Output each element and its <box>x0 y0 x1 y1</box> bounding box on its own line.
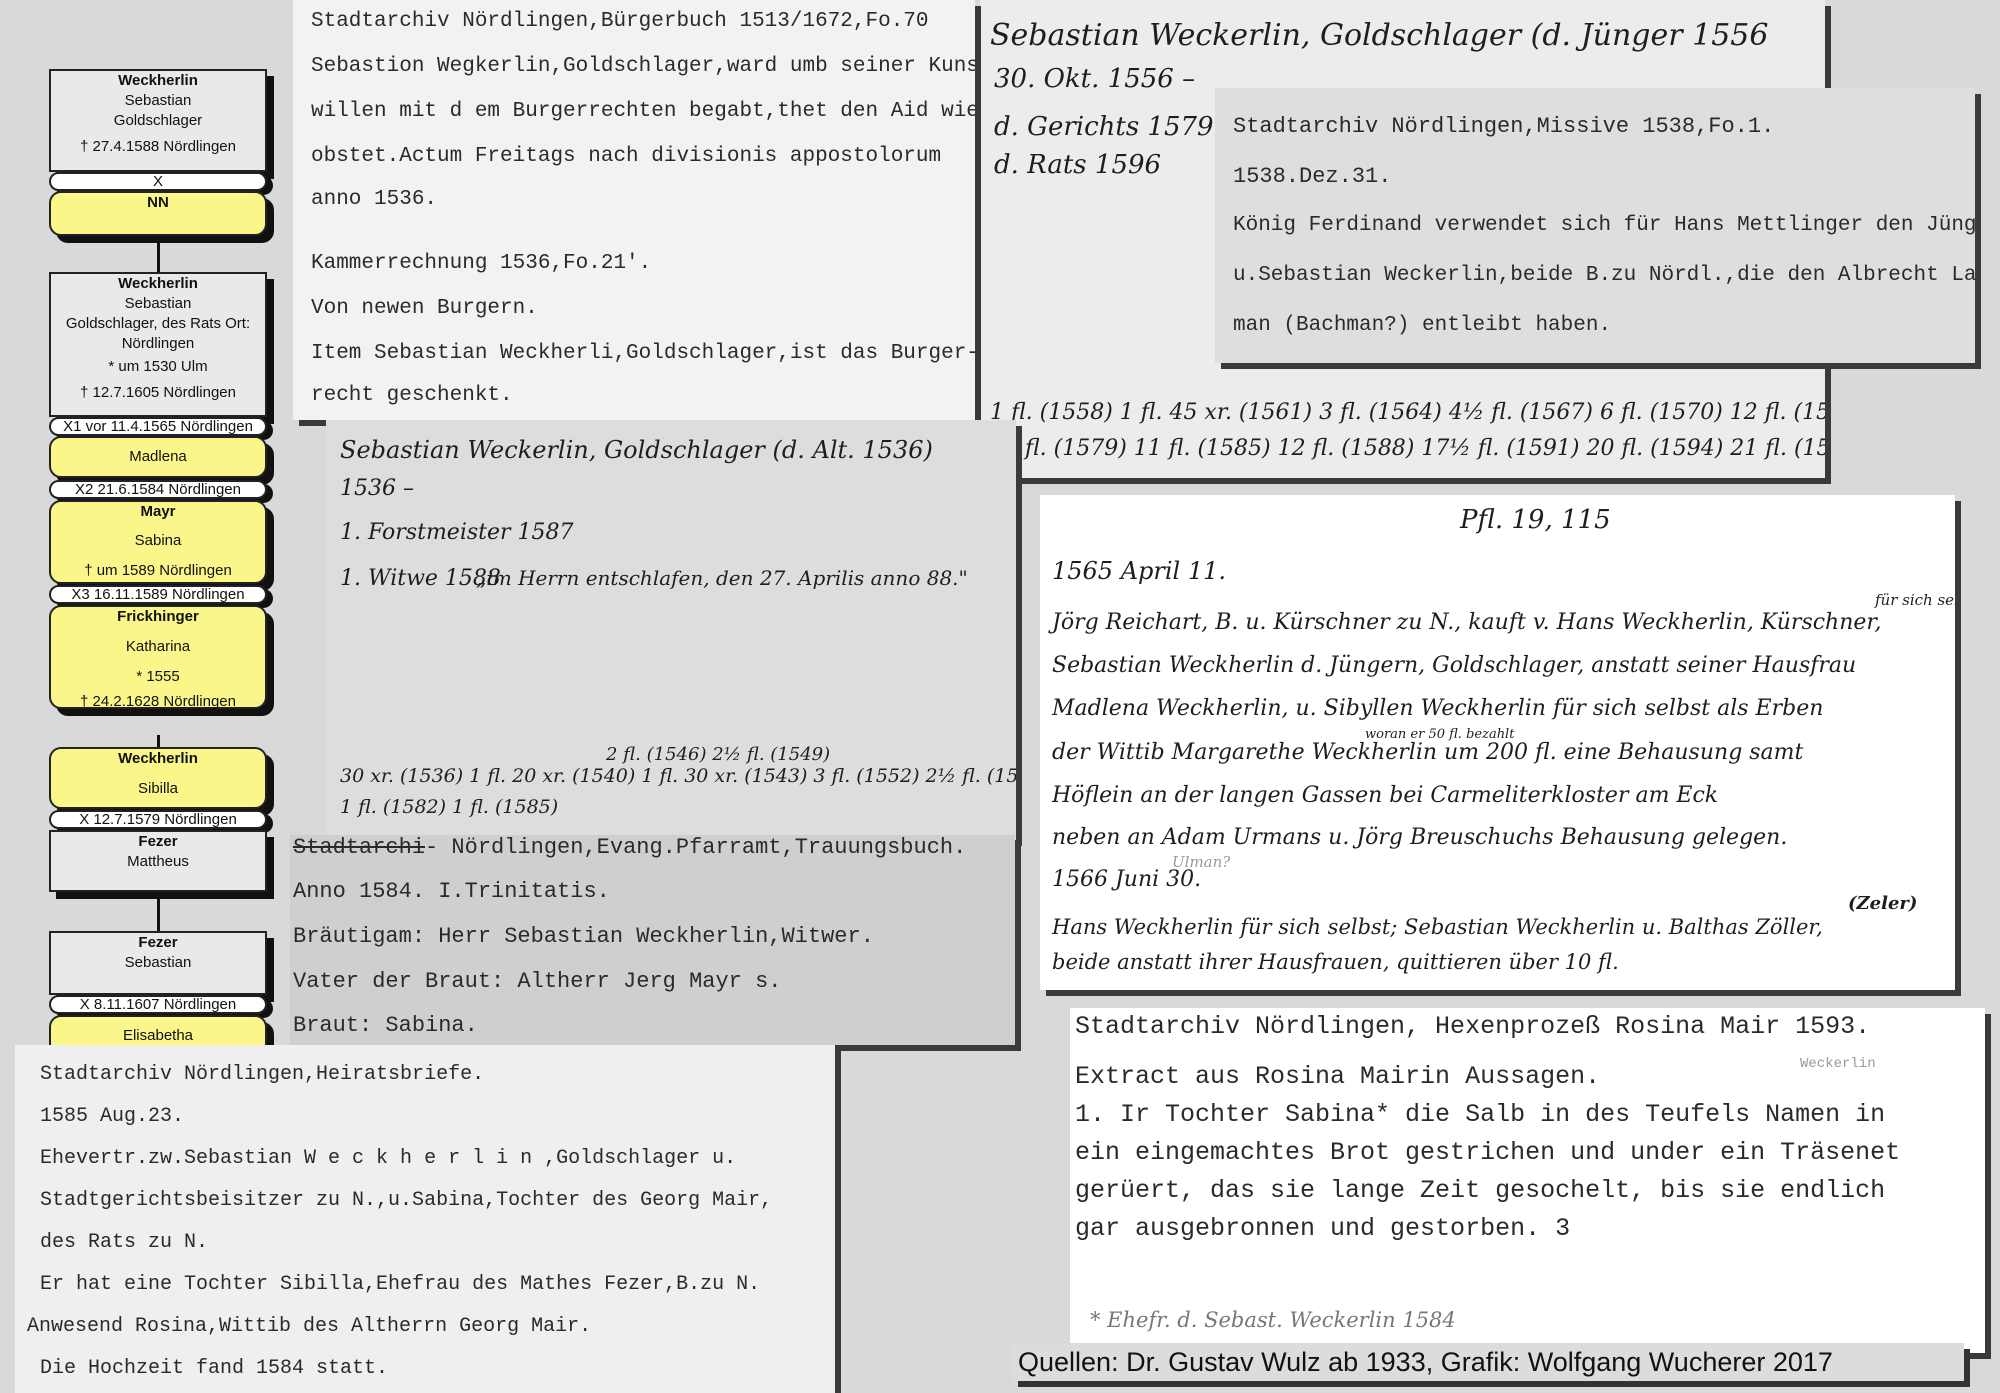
heiratsbriefe-card: Stadtarchiv Nördlingen,Heiratsbriefe. 15… <box>15 1045 835 1393</box>
hexenprozess-card: Stadtarchiv Nördlingen, Hexenprozeß Rosi… <box>1070 1008 1985 1353</box>
person-surname: Weckherlin <box>51 71 265 91</box>
person-birth: * 1555 <box>51 667 265 687</box>
stamp-mark: Weckerlin <box>1800 1056 1876 1072</box>
person-surname: Frickhinger <box>51 607 265 627</box>
handwritten-line: 1536 – <box>340 476 414 501</box>
person-surname: Fezer <box>51 933 265 953</box>
handwritten-line: Sebastian Weckherlin d. Jüngern, Goldsch… <box>1052 653 1856 678</box>
person-given-name: Sebastian <box>51 91 265 111</box>
typed-line: Item Sebastian Weckherli,Goldschlager,is… <box>311 342 975 365</box>
payment-line: 2 fl. (1546) 2½ fl. (1549) <box>606 744 830 765</box>
marriage-label: X1 vor 11.4.1565 Nördlingen <box>49 417 267 436</box>
typed-line: des Rats zu N. <box>40 1231 208 1254</box>
handwritten-line: Höflein an der langen Gassen bei Carmeli… <box>1052 783 1718 808</box>
typed-line: man (Bachman?) entleibt haben. <box>1233 314 1611 337</box>
handwritten-line: d. Rats 1596 <box>994 150 1161 180</box>
typed-line: 1538.Dez.31. <box>1233 164 1391 189</box>
person-death: † 27.4.1588 Nördlingen <box>51 137 265 157</box>
typed-line: Extract aus Rosina Mairin Aussagen. <box>1075 1062 1600 1091</box>
person-given-name: Katharina <box>51 637 265 657</box>
handwritten-line: Jörg Reichart, B. u. Kürschner zu N., ka… <box>1052 610 1882 635</box>
person-given-name: Sibilla <box>51 779 265 799</box>
person-box-sibilla-weckherlin[interactable]: Weckherlin Sibilla <box>49 747 267 809</box>
person-surname: Weckherlin <box>51 274 265 294</box>
marriage-label: X3 16.11.1589 Nördlingen <box>49 585 267 604</box>
typed-line: Stadtarchiv Nördlingen,Heiratsbriefe. <box>40 1063 484 1086</box>
handwritten-line: Hans Weckherlin für sich selbst; Sebasti… <box>1052 915 1823 939</box>
handwritten-line: d. Gerichts 1579 <box>994 112 1214 142</box>
marriage-label: X <box>49 172 267 191</box>
person-surname: NN <box>51 193 265 213</box>
typed-line: gerüert, das sie lange Zeit gesochelt, b… <box>1075 1176 1885 1205</box>
handwritten-line: 1. Forstmeister 1587 <box>340 520 574 545</box>
payment-line: 1 fl. (1582) 1 fl. (1585) <box>340 796 558 818</box>
typed-line: Anno 1584. I.Trinitatis. <box>293 879 610 904</box>
typed-line: Stadtarchiv Nördlingen,Bürgerbuch 1513/1… <box>311 10 929 33</box>
person-box-sebastian-fezer[interactable]: Fezer Sebastian <box>49 931 267 995</box>
typed-line: König Ferdinand verwendet sich für Hans … <box>1233 214 1975 237</box>
typed-line: 1. Ir Tochter Sabina* die Salb in des Te… <box>1075 1100 1885 1129</box>
typed-line: Anwesend Rosina,Wittib des Altherrn Geor… <box>27 1315 591 1338</box>
typed-line: Sebastion Wegkerlin,Goldschlager,ward um… <box>311 55 975 78</box>
person-box-sebastian-weckherlin[interactable]: Weckherlin Sebastian Goldschlager, des R… <box>49 272 267 417</box>
missive-card: Stadtarchiv Nördlingen,Missive 1538,Fo.1… <box>1215 88 1975 363</box>
typed-line: Von newen Burgern. <box>311 297 538 320</box>
typed-line: 1585 Aug.23. <box>40 1105 184 1128</box>
person-box-madlena[interactable]: Madlena <box>49 436 267 478</box>
handwritten-footnote: * Ehefr. d. Sebast. Weckerlin 1584 <box>1090 1308 1456 1332</box>
marriage-label: X2 21.6.1584 Nördlingen <box>49 480 267 499</box>
typed-line: ein eingemachtes Brot gestrichen und und… <box>1075 1138 1900 1167</box>
handwritten-line: 30. Okt. 1556 – <box>994 64 1195 94</box>
person-occupation: Goldschlager, des Rats Ort: <box>51 314 265 334</box>
typed-line: u.Sebastian Weckerlin,beide B.zu Nördl.,… <box>1233 264 1975 287</box>
buergerbuch-card: Stadtarchiv Nördlingen,Bürgerbuch 1513/1… <box>293 0 975 420</box>
struck-text: Stadtarchi <box>293 835 425 860</box>
person-surname: Fezer <box>51 832 265 852</box>
handwritten-line: Sebastian Weckerlin, Goldschlager (d. Al… <box>340 436 933 464</box>
typed-line: obstet.Actum Freitags nach divisionis ap… <box>311 145 941 168</box>
typed-line: Braut: Sabina. <box>293 1013 478 1038</box>
typed-line: Kammerrechnung 1536,Fo.21'. <box>311 252 651 275</box>
person-given-name: Mattheus <box>51 852 265 872</box>
payment-line: 30 xr. (1536) 1 fl. 20 xr. (1540) 1 fl. … <box>340 765 1016 787</box>
typed-line: Stadtgerichtsbeisitzer zu N.,u.Sabina,To… <box>40 1189 772 1212</box>
person-death: † 24.2.1628 Nördlingen <box>51 692 265 712</box>
typed-line: Ehevertr.zw.Sebastian W e c k h e r l i … <box>40 1147 736 1170</box>
marriage-label: X 8.11.1607 Nördlingen <box>49 995 267 1014</box>
typed-line: Er hat eine Tochter Sibilla,Ehefrau des … <box>40 1273 760 1296</box>
handwritten-line: neben an Adam Urmans u. Jörg Breuschuchs… <box>1052 825 1787 850</box>
handwritten-annotation: (Zeler) <box>1848 893 1917 914</box>
person-box-nn[interactable]: NN <box>49 191 267 236</box>
person-given-name: Madlena <box>51 438 265 476</box>
trauungsbuch-card: Stadtarchi- Nördlingen,Evang.Pfarramt,Tr… <box>290 835 1015 1045</box>
person-place: Nördlingen <box>51 334 265 354</box>
handwritten-line: 1565 April 11. <box>1052 557 1226 585</box>
person-given-name: Sabina <box>51 531 265 551</box>
person-death: † 12.7.1605 Nördlingen <box>51 383 265 403</box>
archive-reference: Pfl. 19, 115 <box>1460 505 1611 535</box>
typed-line: Die Hochzeit fand 1584 statt. <box>40 1357 388 1380</box>
typed-line: Stadtarchiv Nördlingen,Missive 1538,Fo.1… <box>1233 114 1774 139</box>
credits-footer: Quellen: Dr. Gustav Wulz ab 1933, Grafik… <box>1012 1343 1964 1381</box>
person-box-katharina-frickhinger[interactable]: Frickhinger Katharina * 1555 † 24.2.1628… <box>49 605 267 709</box>
typed-line: anno 1536. <box>311 188 437 211</box>
payment-line: 1 fl. (1558) 1 fl. 45 xr. (1561) 3 fl. (… <box>990 400 1825 425</box>
typed-line: willen mit d em Burgerrechten begabt,the… <box>311 100 975 123</box>
person-surname: Mayr <box>51 502 265 522</box>
typed-line: recht geschenkt. <box>311 384 513 407</box>
handwritten-card-kaufbrief-1565: Pfl. 19, 115 1565 April 11. für sich sel… <box>1040 495 1955 990</box>
handwritten-line: Sebastian Weckerlin, Goldschlager (d. Jü… <box>990 18 1768 53</box>
handwritten-line: Madlena Weckherlin, u. Sibyllen Weckherl… <box>1052 696 1823 721</box>
handwritten-annotation: für sich selbst <box>1875 591 1955 609</box>
person-box-mattheus-fezer[interactable]: Fezer Mattheus <box>49 830 267 892</box>
handwritten-line: beide anstatt ihrer Hausfrauen, quittier… <box>1052 950 1619 974</box>
marriage-label: X 12.7.1579 Nördlingen <box>49 810 267 829</box>
typed-line: Stadtarchiv Nördlingen, Hexenprozeß Rosi… <box>1075 1012 1870 1041</box>
typed-line: Vater der Braut: Altherr Jerg Mayr s. <box>293 969 781 994</box>
person-given-name: Sebastian <box>51 953 265 973</box>
handwritten-line: 1566 Juni 30. <box>1052 867 1201 892</box>
typed-line: - Nördlingen,Evang.Pfarramt,Trauungsbuch… <box>425 835 966 860</box>
person-death: † um 1589 Nördlingen <box>51 561 265 581</box>
person-box-sabina-mayr[interactable]: Mayr Sabina † um 1589 Nördlingen <box>49 500 267 584</box>
tree-connector <box>157 895 160 935</box>
handwritten-card-goldschlager-1536: Sebastian Weckerlin, Goldschlager (d. Al… <box>326 420 1016 840</box>
typed-line: gar ausgebronnen und gestorben. 3 <box>1075 1214 1570 1243</box>
person-given-name: Sebastian <box>51 294 265 314</box>
handwritten-line: der Wittib Margarethe Weckherlin um 200 … <box>1052 740 1803 765</box>
person-box-sebastian-weckherlin-sr[interactable]: Weckherlin Sebastian Goldschlager † 27.4… <box>49 69 267 172</box>
handwritten-quote: „im Herrn entschlafen, den 27. Aprilis a… <box>476 566 968 590</box>
person-occupation: Goldschlager <box>51 111 265 131</box>
typed-line: Bräutigam: Herr Sebastian Weckherlin,Wit… <box>293 924 874 949</box>
person-birth: * um 1530 Ulm <box>51 357 265 377</box>
payment-line: 10 fl. (1579) 11 fl. (1585) 12 fl. (1588… <box>990 436 1825 461</box>
person-surname: Weckherlin <box>51 749 265 769</box>
